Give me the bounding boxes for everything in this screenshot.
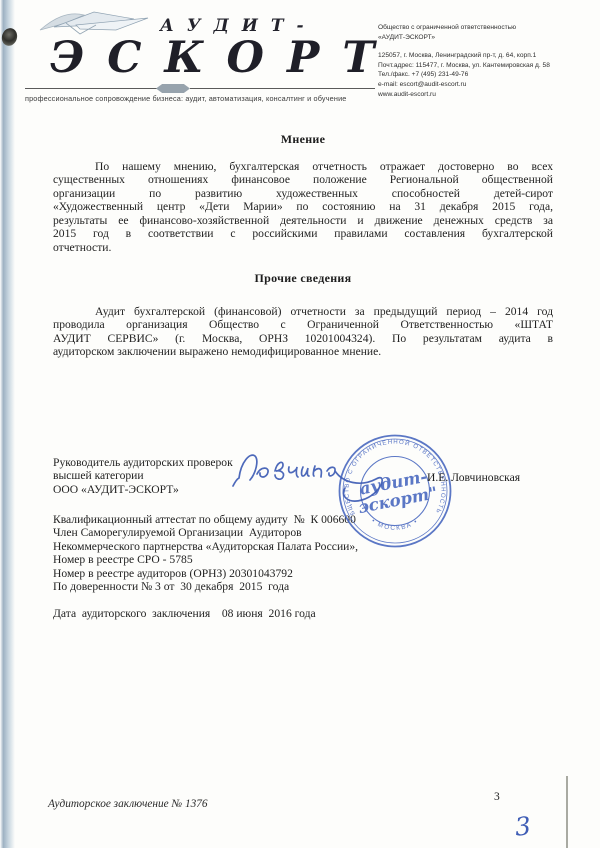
scan-edge-line	[566, 776, 568, 848]
other-info-section-title: Прочие сведения	[53, 271, 553, 286]
company-phone-line: Тел./факс. +7 (495) 231-49-76	[378, 70, 588, 80]
logo-tagline: профессиональное сопровождение бизнеса: …	[25, 94, 381, 103]
logo-word-escort: ЭСКОРТ	[50, 33, 370, 83]
credential-line: Член Саморегулируемой Организации Аудито…	[53, 526, 553, 539]
other-info-line: Аудит бухгалтерской (финансовой) отчетно…	[53, 305, 553, 318]
footer-doc-label: Аудиторское заключение № 1376	[48, 798, 208, 810]
credential-line: Номер в реестре аудиторов (ОРНЗ) 2030104…	[53, 567, 553, 580]
other-info-line: проводила организация Общество с Огранич…	[53, 318, 553, 331]
company-name-line1: Общество с ограниченной ответственностью	[378, 23, 588, 33]
logo-divider-left	[25, 88, 158, 89]
opinion-line: «Художественный центр «Дети Марии» по со…	[53, 200, 553, 213]
credential-line: Некоммерческого партнерства «Аудиторская…	[53, 540, 553, 553]
company-website-line: www.audit-escort.ru	[378, 90, 588, 100]
other-info-line: АУДИТ СЕРВИС» (г. Москва, ОРНЗ 102010043…	[53, 332, 553, 345]
logo-divider-right	[190, 88, 375, 89]
credential-line: Номер в реестре СРО - 5785	[53, 553, 553, 566]
report-date-block: Дата аудиторского заключения 08 июня 201…	[53, 607, 553, 620]
hole-punch	[0, 26, 19, 48]
company-address-line: 125057, г. Москва, Ленинградский пр-т, д…	[378, 51, 588, 61]
company-postal-line: Почт.адрес: 115477, г. Москва, ул. Канте…	[378, 61, 588, 71]
report-date-line: Дата аудиторского заключения 08 июня 201…	[53, 607, 553, 620]
opinion-line: существенных отношениях финансовое полож…	[53, 173, 553, 186]
company-info-block: Общество с ограниченной ответственностью…	[378, 23, 588, 99]
opinion-line: 2015 год в соответствии с российскими пр…	[53, 227, 553, 240]
stamp-city-text: • МОСКВА •	[370, 518, 420, 532]
opinion-paragraph: По нашему мнению, бухгалтерская отчетнос…	[53, 160, 553, 254]
page-number: 3	[494, 791, 500, 803]
opinion-line: По нашему мнению, бухгалтерская отчетнос…	[53, 160, 553, 173]
opinion-line: организации по развитию художественных с…	[53, 187, 553, 200]
other-info-paragraph: Аудит бухгалтерской (финансовой) отчетно…	[53, 305, 553, 359]
other-info-line: аудиторском заключении выражено немодифи…	[53, 345, 553, 358]
company-email-line: e-mail: escort@audit-escort.ru	[378, 80, 588, 90]
scan-shadow-band	[0, 0, 15, 848]
credential-line: По доверенности № 3 от 30 декабря 2015 г…	[53, 580, 553, 593]
handwritten-signature	[230, 440, 435, 517]
signer-name: И.Е. Ловчиновская	[427, 471, 520, 484]
company-name-line2: «АУДИТ-ЭСКОРТ»	[378, 33, 588, 43]
opinion-line: отчетности.	[53, 241, 553, 254]
credentials-block: Квалификационный аттестат по общему ауди…	[53, 513, 553, 594]
opinion-section-title: Мнение	[53, 132, 553, 147]
handwritten-page-number: 3	[514, 811, 533, 842]
logo-diamond-icon	[156, 84, 190, 93]
opinion-line: результаты ее финансово-хозяйственной де…	[53, 214, 553, 227]
svg-text:• МОСКВА •: • МОСКВА •	[370, 518, 420, 532]
